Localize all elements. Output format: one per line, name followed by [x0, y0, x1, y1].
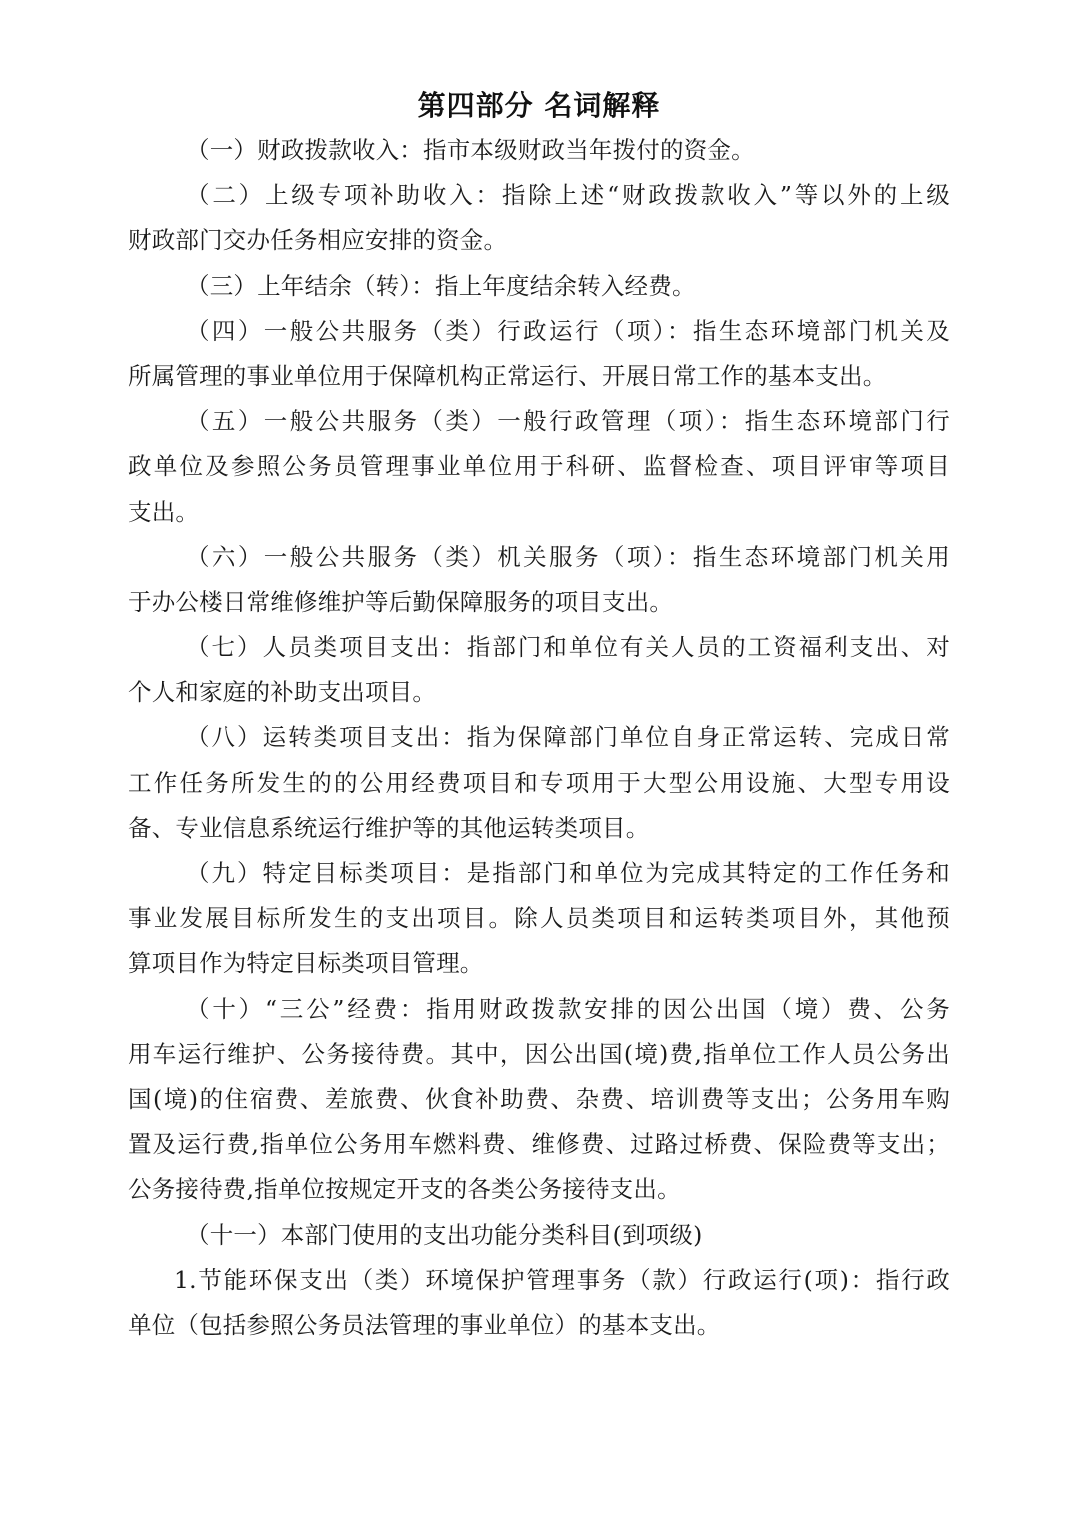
paragraph-line: （十一）本部门使用的支出功能分类科目(到项级) — [128, 1213, 950, 1258]
paragraph-6: （六）一般公共服务（类）机关服务（项）：指生态环境部门机关用 于办公楼日常维修维… — [128, 535, 950, 625]
paragraph-5: （五）一般公共服务（类）一般行政管理（项）：指生态环境部门行 政单位及参照公务员… — [128, 399, 950, 535]
paragraph-line: 单位（包括参照公务员法管理的事业单位）的基本支出。 — [128, 1303, 950, 1348]
paragraph-9: （九）特定目标类项目：是指部门和单位为完成其特定的工作任务和 事业发展目标所发生… — [128, 851, 950, 987]
paragraph-3: （三）上年结余（转）：指上年度结余转入经费。 — [128, 264, 950, 309]
paragraph-line: 所属管理的事业单位用于保障机构正常运行、开展日常工作的基本支出。 — [128, 354, 950, 399]
document-page: 第四部分 名词解释 （一）财政拨款收入：指市本级财政当年拨付的资金。 （二）上级… — [128, 84, 950, 1348]
paragraph-line: （六）一般公共服务（类）机关服务（项）：指生态环境部门机关用 — [128, 535, 950, 580]
paragraph-line: 个人和家庭的补助支出项目。 — [128, 670, 950, 715]
paragraph-line: （二）上级专项补助收入：指除上述“财政拨款收入”等以外的上级 — [128, 173, 950, 218]
paragraph-line: （九）特定目标类项目：是指部门和单位为完成其特定的工作任务和 — [128, 851, 950, 896]
paragraph-line: （三）上年结余（转）：指上年度结余转入经费。 — [128, 264, 950, 309]
paragraph-line: （一）财政拨款收入：指市本级财政当年拨付的资金。 — [128, 128, 950, 173]
paragraph-10: （十）“三公”经费：指用财政拨款安排的因公出国（境）费、公务 用车运行维护、公务… — [128, 987, 950, 1213]
paragraph-7: （七）人员类项目支出：指部门和单位有关人员的工资福利支出、对 个人和家庭的补助支… — [128, 625, 950, 715]
paragraph-11: （十一）本部门使用的支出功能分类科目(到项级) — [128, 1213, 950, 1258]
paragraph-line: 国(境)的住宿费、差旅费、伙食补助费、杂费、培训费等支出；公务用车购 — [128, 1077, 950, 1122]
paragraph-line: 用车运行维护、公务接待费。其中，因公出国(境)费,指单位工作人员公务出 — [128, 1032, 950, 1077]
paragraph-line: 于办公楼日常维修维护等后勤保障服务的项目支出。 — [128, 580, 950, 625]
paragraph-1: （一）财政拨款收入：指市本级财政当年拨付的资金。 — [128, 128, 950, 173]
paragraph-4: （四）一般公共服务（类）行政运行（项）：指生态环境部门机关及 所属管理的事业单位… — [128, 309, 950, 399]
paragraph-line: （四）一般公共服务（类）行政运行（项）：指生态环境部门机关及 — [128, 309, 950, 354]
paragraph-line: （五）一般公共服务（类）一般行政管理（项）：指生态环境部门行 — [128, 399, 950, 444]
paragraph-line: 支出。 — [128, 490, 950, 535]
paragraph-11-1: 1.节能环保支出（类）环境保护管理事务（款）行政运行(项)：指行政 单位（包括参… — [128, 1258, 950, 1348]
paragraph-line: （八）运转类项目支出：指为保障部门单位自身正常运转、完成日常 — [128, 715, 950, 760]
paragraph-8: （八）运转类项目支出：指为保障部门单位自身正常运转、完成日常 工作任务所发生的的… — [128, 715, 950, 851]
paragraph-line: 财政部门交办任务相应安排的资金。 — [128, 218, 950, 263]
paragraph-line: 工作任务所发生的的公用经费项目和专项用于大型公用设施、大型专用设 — [128, 761, 950, 806]
paragraph-line: （十）“三公”经费：指用财政拨款安排的因公出国（境）费、公务 — [128, 987, 950, 1032]
paragraph-line: 公务接待费,指单位按规定开支的各类公务接待支出。 — [128, 1167, 950, 1212]
paragraph-line: 政单位及参照公务员管理事业单位用于科研、监督检查、项目评审等项目 — [128, 444, 950, 489]
paragraph-line: 1.节能环保支出（类）环境保护管理事务（款）行政运行(项)：指行政 — [128, 1258, 950, 1303]
paragraph-line: 置及运行费,指单位公务用车燃料费、维修费、过路过桥费、保险费等支出； — [128, 1122, 950, 1167]
paragraph-line: （七）人员类项目支出：指部门和单位有关人员的工资福利支出、对 — [128, 625, 950, 670]
paragraph-line: 事业发展目标所发生的支出项目。除人员类项目和运转类项目外，其他预 — [128, 896, 950, 941]
paragraph-line: 算项目作为特定目标类项目管理。 — [128, 941, 950, 986]
paragraph-line: 备、专业信息系统运行维护等的其他运转类项目。 — [128, 806, 950, 851]
page-title: 第四部分 名词解释 — [128, 84, 950, 128]
paragraph-2: （二）上级专项补助收入：指除上述“财政拨款收入”等以外的上级 财政部门交办任务相… — [128, 173, 950, 263]
